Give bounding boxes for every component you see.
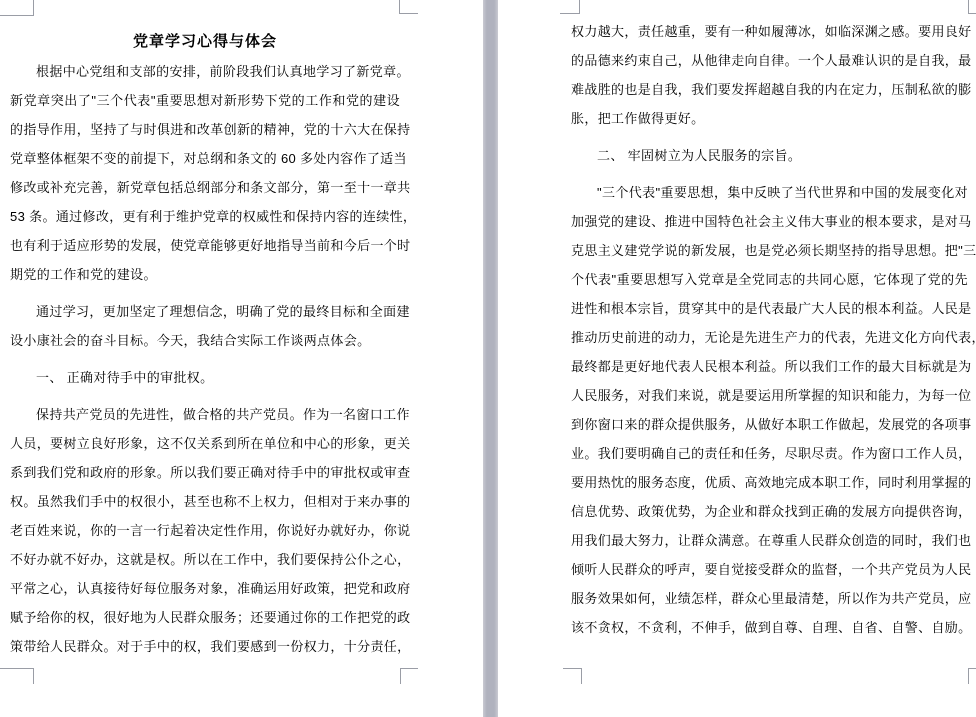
text-line[interactable]: 进性和根本宗旨，贯穿其中的是代表最广大人民的根本利益。人民是 [571, 294, 968, 323]
text-line[interactable]: 推动历史前进的动力，无论是先进生产力的代表，先进文化方向代表， [571, 323, 968, 352]
text-line[interactable]: 一、 正确对待手中的审批权。 [10, 363, 400, 392]
margin-mark-page2-bottom-right [968, 668, 976, 684]
text-line[interactable]: 到你窗口来的群众提供服务，从做好本职工作做起，发展党的各项事 [571, 410, 968, 439]
paragraph: 二、 牢固树立为人民服务的宗旨。 [571, 141, 968, 170]
text-line[interactable]: 人员，要树立良好形象，这不仅关系到所在单位和中心的形象，更关 [10, 429, 400, 458]
text-line[interactable]: 赋予给你的权，很好地为人民群众服务；还要通过你的工作把党的政 [10, 603, 400, 632]
text-line[interactable]: 用我们最大努力，让群众满意。在尊重人民群众创造的同时，我们也 [571, 526, 968, 555]
text-line[interactable]: 53 条。通过修改，更有利于维护党章的权威性和保持内容的连续性， [10, 202, 400, 231]
margin-mark-page1-bottom-right [400, 668, 418, 684]
text-line[interactable]: 不好办就不好办，这就是权。所以在工作中，我们要保持公仆之心， [10, 545, 400, 574]
text-line[interactable]: 平常之心，认真接待好每位服务对象，准确运用好政策，把党和政府 [10, 574, 400, 603]
text-line[interactable]: 胀，把工作做得更好。 [571, 104, 968, 133]
text-line[interactable]: 新党章突出了"三个代表"重要思想对新形势下党的工作和党的建设 [10, 86, 400, 115]
paragraph: 根据中心党组和支部的安排，前阶段我们认真地学习了新党章。新党章突出了"三个代表"… [10, 57, 400, 289]
page-separator [483, 0, 498, 717]
text-line[interactable]: 克思主义建党学说的新发展，也是党必须长期坚持的指导思想。把"三 [571, 236, 968, 265]
margin-mark-page2-bottom-left [563, 668, 582, 684]
text-line[interactable]: 信息优势、政策优势，为企业和群众找到正确的发展方向提供咨询， [571, 497, 968, 526]
text-line[interactable]: 权。虽然我们手中的权很小，甚至也称不上权力，但相对于来办事的 [10, 487, 400, 516]
text-line[interactable]: 根据中心党组和支部的安排，前阶段我们认真地学习了新党章。 [10, 57, 400, 86]
text-line[interactable]: 倾听人民群众的呼声，要自觉接受群众的监督，一个共产党员为人民 [571, 555, 968, 584]
text-line[interactable]: 的品德来约束自己，从他律走向自律。一个人最难认识的是自我，最 [571, 46, 968, 75]
margin-mark-page2-top-right [968, 0, 976, 14]
page-1-text-area[interactable]: 根据中心党组和支部的安排，前阶段我们认真地学习了新党章。新党章突出了"三个代表"… [10, 57, 400, 661]
text-line[interactable]: 设小康社会的奋斗目标。今天，我结合实际工作谈两点体会。 [10, 326, 400, 355]
margin-mark-page1-bottom-left [0, 668, 34, 684]
margin-mark-page1-top-left [0, 0, 34, 16]
text-line[interactable]: 加强党的建设、推进中国特色社会主义伟大事业的根本要求，是对马 [571, 207, 968, 236]
text-line[interactable]: 二、 牢固树立为人民服务的宗旨。 [571, 141, 968, 170]
text-line[interactable]: "三个代表"重要思想，集中反映了当代世界和中国的发展变化对 [571, 178, 968, 207]
document-title[interactable]: 党章学习心得与体会 [10, 30, 400, 52]
text-line[interactable]: 最终都是更好地代表人民根本利益。所以我们工作的最大目标就是为 [571, 352, 968, 381]
text-line[interactable]: 修改或补充完善，新党章包括总纲部分和条文部分，第一至十一章共 [10, 173, 400, 202]
document-canvas: 党章学习心得与体会 根据中心党组和支部的安排，前阶段我们认真地学习了新党章。新党… [0, 0, 976, 717]
margin-mark-page2-top-left [560, 0, 580, 14]
text-line[interactable]: 党章整体框架不变的前提下，对总纲和条文的 60 多处内容作了适当 [10, 144, 400, 173]
text-line[interactable]: 保持共产党员的先进性，做合格的共产党员。作为一名窗口工作 [10, 400, 400, 429]
text-line[interactable]: 策带给人民群众。对于手中的权，我们要感到一份权力，十分责任， [10, 632, 400, 661]
text-line[interactable]: 个代表"重要思想写入党章是全党同志的共同心愿，它体现了党的先 [571, 265, 968, 294]
paragraph: 保持共产党员的先进性，做合格的共产党员。作为一名窗口工作人员，要树立良好形象，这… [10, 400, 400, 661]
text-line[interactable]: 老百姓来说，你的一言一行起着决定性作用，你说好办就好办，你说 [10, 516, 400, 545]
paragraph: "三个代表"重要思想，集中反映了当代世界和中国的发展变化对加强党的建设、推进中国… [571, 178, 968, 642]
margin-mark-page1-top-right [399, 0, 418, 14]
text-line[interactable]: 业。我们要明确自己的责任和任务，尽职尽责。作为窗口工作人员， [571, 439, 968, 468]
text-line[interactable]: 通过学习，更加坚定了理想信念，明确了党的最终目标和全面建 [10, 297, 400, 326]
text-line[interactable]: 服务效果如何，业绩怎样，群众心里最清楚，所以作为共产党员，应 [571, 584, 968, 613]
text-line[interactable]: 要用热忱的服务态度，优质、高效地完成本职工作，同时利用掌握的 [571, 468, 968, 497]
text-line[interactable]: 该不贪权，不贪利，不伸手，做到自尊、自理、自省、自警、自励。 [571, 613, 968, 642]
text-line[interactable]: 难战胜的也是自我，我们要发挥超越自我的内在定力，压制私欲的膨 [571, 75, 968, 104]
text-line[interactable]: 也有利于适应形势的发展，使党章能够更好地指导当前和今后一个时 [10, 231, 400, 260]
paragraph: 一、 正确对待手中的审批权。 [10, 363, 400, 392]
text-line[interactable]: 系到我们党和政府的形象。所以我们要正确对待手中的审批权或审查 [10, 458, 400, 487]
page-2-text-area[interactable]: 权力越大，责任越重，要有一种如履薄冰，如临深渊之感。要用良好的品德来约束自己，从… [571, 17, 968, 642]
text-line[interactable]: 期党的工作和党的建设。 [10, 260, 400, 289]
paragraph: 通过学习，更加坚定了理想信念，明确了党的最终目标和全面建设小康社会的奋斗目标。今… [10, 297, 400, 355]
paragraph: 权力越大，责任越重，要有一种如履薄冰，如临深渊之感。要用良好的品德来约束自己，从… [571, 17, 968, 133]
text-line[interactable]: 权力越大，责任越重，要有一种如履薄冰，如临深渊之感。要用良好 [571, 17, 968, 46]
text-line[interactable]: 的指导作用，坚持了与时俱进和改革创新的精神，党的十六大在保持 [10, 115, 400, 144]
text-line[interactable]: 人民服务，对我们来说，就是要运用所掌握的知识和能力，为每一位 [571, 381, 968, 410]
